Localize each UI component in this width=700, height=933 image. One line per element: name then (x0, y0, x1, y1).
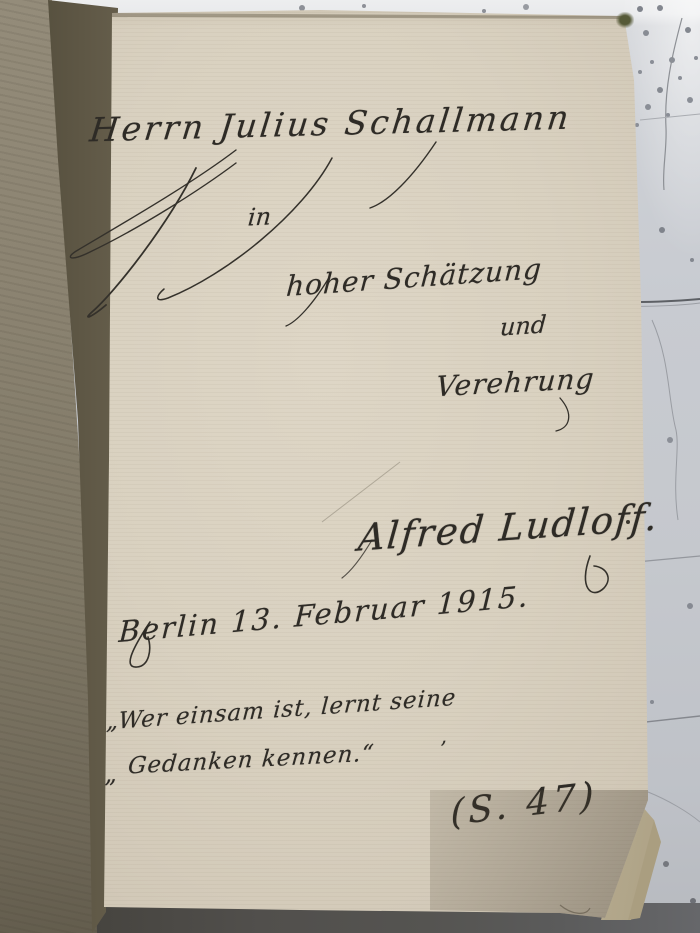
dedication-conjunction: und (499, 310, 547, 341)
page-corner-stain (616, 12, 634, 28)
photo-of-book-flyleaf: Herrn Julius Schallmann in hoher Schätzu… (0, 0, 700, 933)
dedication-preposition: in (247, 202, 273, 231)
quote-continuation-mark: „ (103, 760, 117, 789)
